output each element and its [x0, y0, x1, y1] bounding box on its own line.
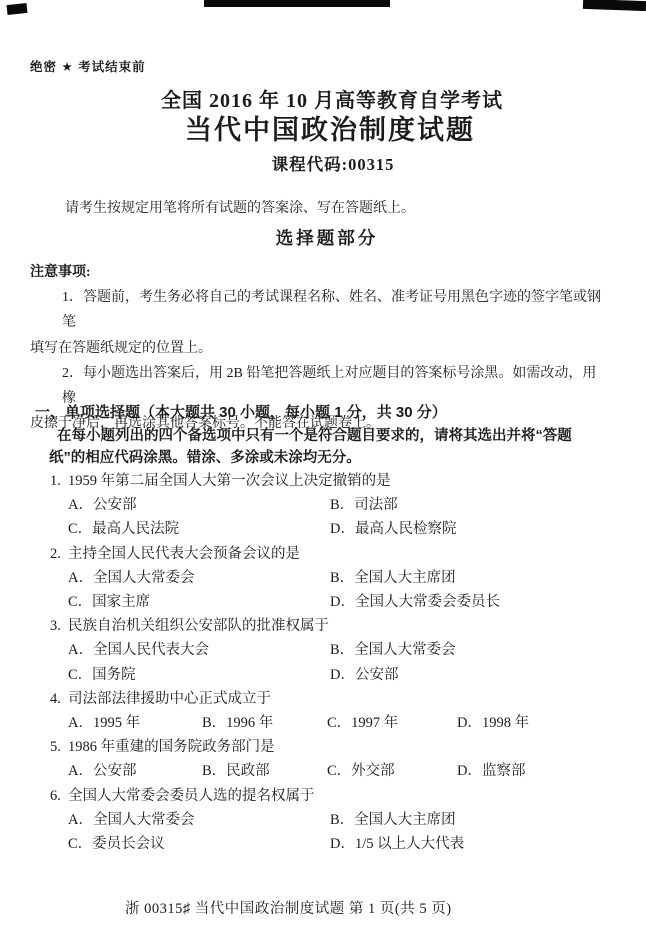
option: D．最高人民检察院	[330, 517, 626, 541]
option: B．全国人大主席团	[330, 566, 626, 590]
question: 3.民族自治机关组织公安部队的批准权属于 A．全国人民代表大会 B．全国人大常委…	[0, 614, 626, 687]
question-stem: 1986 年重建的国务院政务部门是	[68, 739, 275, 755]
answer-sheet-instruction: 请考生按规定用笔将所有试题的答案涂、写在答题纸上。	[65, 197, 415, 217]
option: A．全国人大常委会	[68, 566, 330, 590]
option: A．1995 年	[68, 711, 202, 735]
scan-artifact	[7, 3, 28, 15]
question-stem: 1959 年第二届全国人大第一次会议上决定撤销的是	[68, 473, 391, 489]
option-grid: A．全国人民代表大会 B．全国人大常委会 C．国务院 D．公安部	[0, 638, 626, 686]
option: D．监察部	[457, 759, 626, 783]
question: 4.司法部法律援助中心正式成立于 A．1995 年 B．1996 年 C．199…	[0, 687, 626, 735]
option: D．1/5 以上人大代表	[330, 832, 626, 856]
option: B．民政部	[202, 759, 327, 783]
question-number: 3.	[50, 614, 68, 638]
option: A．公安部	[68, 759, 202, 783]
question-stem: 全国人大常委会委员人选的提名权属于	[68, 788, 315, 804]
question-list: 1.1959 年第二届全国人大第一次会议上决定撤销的是 A．公安部 B．司法部 …	[0, 469, 626, 856]
option-grid: A．公安部 B．民政部 C．外交部 D．监察部	[0, 759, 626, 783]
option: C．1997 年	[327, 711, 457, 735]
question-text: 6.全国人大常委会委员人选的提名权属于	[0, 784, 626, 808]
question: 2.主持全国人民代表大会预备会议的是 A．全国人大常委会 B．全国人大主席团 C…	[0, 542, 626, 615]
note-line: 1．答题前，考生务必将自己的考试课程名称、姓名、准考证号用黑色字迹的签字笔或钢笔	[30, 285, 610, 335]
question: 1.1959 年第二届全国人大第一次会议上决定撤销的是 A．公安部 B．司法部 …	[0, 469, 626, 542]
scan-artifact	[204, 0, 390, 7]
question-text: 2.主持全国人民代表大会预备会议的是	[0, 542, 626, 566]
question-number: 2.	[50, 542, 68, 566]
option-grid: A．全国人大常委会 B．全国人大主席团 C．委员长会议 D．1/5 以上人大代表	[0, 808, 626, 856]
question: 6.全国人大常委会委员人选的提名权属于 A．全国人大常委会 B．全国人大主席团 …	[0, 784, 626, 857]
section-one-header: 一、单项选择题（本大题共 30 小题，每小题 1 分，共 30 分） 在每小题列…	[0, 402, 616, 470]
question-text: 5.1986 年重建的国务院政务部门是	[0, 735, 626, 759]
option: C．委员长会议	[68, 832, 330, 856]
course-code: 课程代码:00315	[20, 151, 646, 175]
option: D．全国人大常委会委员长	[330, 590, 626, 614]
question-stem: 司法部法律援助中心正式成立于	[68, 691, 271, 707]
option: A．全国人大常委会	[68, 808, 330, 832]
section-heading: 一、单项选择题（本大题共 30 小题，每小题 1 分，共 30 分）	[0, 402, 616, 425]
question-text: 4.司法部法律援助中心正式成立于	[0, 687, 626, 711]
question-number: 5.	[50, 735, 68, 759]
option-grid: A．全国人大常委会 B．全国人大主席团 C．国家主席 D．全国人大常委会委员长	[0, 566, 626, 614]
paper-title: 当代中国政治制度试题	[14, 108, 646, 147]
section-subline: 纸”的相应代码涂黑。错涂、多涂或未涂均无分。	[0, 447, 616, 470]
question-text: 1.1959 年第二届全国人大第一次会议上决定撤销的是	[0, 469, 626, 493]
option: B．1996 年	[202, 711, 327, 735]
option: A．全国人民代表大会	[68, 638, 330, 662]
notes-title: 注意事项:	[30, 260, 610, 285]
scan-artifact	[583, 0, 646, 11]
option: C．国家主席	[68, 590, 330, 614]
option: B．全国人大主席团	[330, 808, 626, 832]
part-header: 选择题部分	[8, 225, 646, 250]
option: B．司法部	[330, 493, 626, 517]
question-number: 4.	[50, 687, 68, 711]
question-text: 3.民族自治机关组织公安部队的批准权属于	[0, 614, 626, 638]
option: C．国务院	[68, 663, 330, 687]
option: C．最高人民法院	[68, 517, 330, 541]
note-line: 填写在答题纸规定的位置上。	[30, 336, 610, 361]
question: 5.1986 年重建的国务院政务部门是 A．公安部 B．民政部 C．外交部 D．…	[0, 735, 626, 783]
question-number: 6.	[50, 784, 68, 808]
section-subline: 在每小题列出的四个备选项中只有一个是符合题目要求的，请将其选出并将“答题	[0, 425, 616, 448]
question-number: 1.	[50, 469, 68, 493]
question-stem: 主持全国人民代表大会预备会议的是	[68, 546, 300, 562]
option: D．公安部	[330, 663, 626, 687]
exam-paper-page: 绝密 ★ 考试结束前 全国 2016 年 10 月高等教育自学考试 当代中国政治…	[0, 0, 646, 946]
option: C．外交部	[327, 759, 457, 783]
option: D．1998 年	[457, 711, 626, 735]
option-grid: A．公安部 B．司法部 C．最高人民法院 D．最高人民检察院	[0, 493, 626, 541]
page-footer: 浙 00315♯ 当代中国政治制度试题 第 1 页(共 5 页)	[125, 897, 452, 918]
option: A．公安部	[68, 493, 330, 517]
option: B．全国人大常委会	[330, 638, 626, 662]
option-grid: A．1995 年 B．1996 年 C．1997 年 D．1998 年	[0, 711, 626, 735]
security-label: 绝密 ★ 考试结束前	[30, 57, 146, 75]
question-stem: 民族自治机关组织公安部队的批准权属于	[68, 618, 329, 634]
